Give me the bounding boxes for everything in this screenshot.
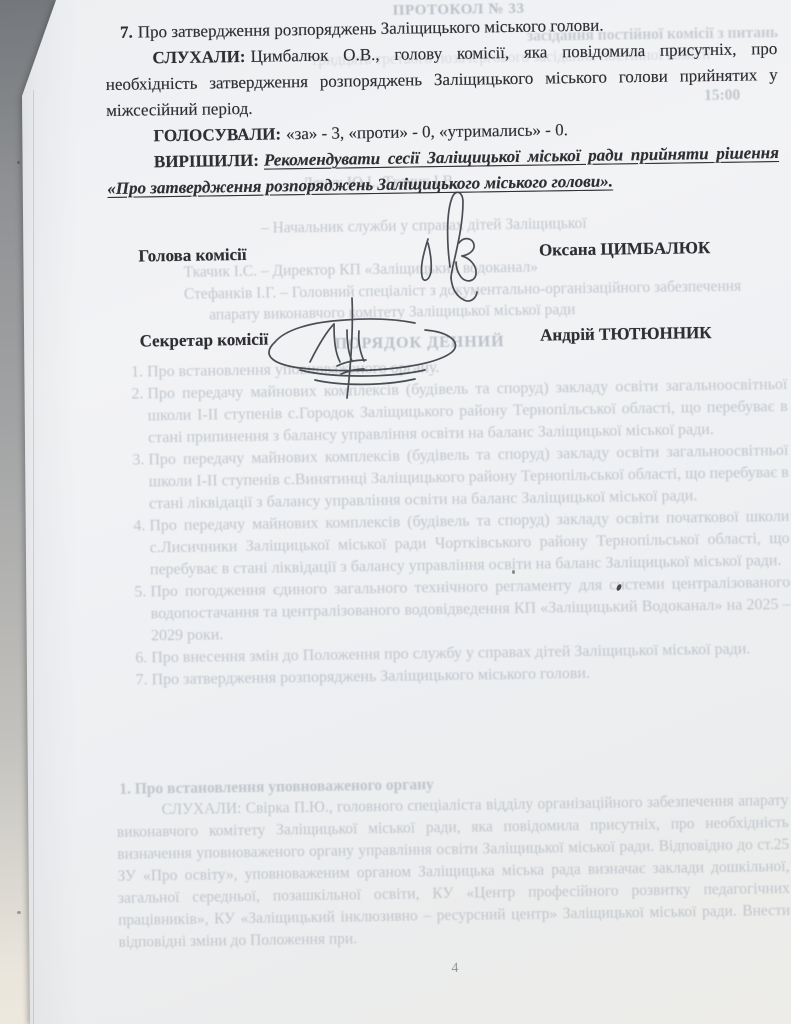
ink-speck <box>512 570 515 574</box>
dust-speck <box>17 161 20 164</box>
signature-cymbaliuk <box>421 192 477 301</box>
paper-sheet: ПРОТОКОЛ № 33 засідання постійної комісі… <box>0 0 791 1024</box>
scanner-background: ПРОТОКОЛ № 33 засідання постійної комісі… <box>0 0 791 1024</box>
handwritten-signatures <box>0 0 791 1024</box>
signature-tiutiunnyk <box>269 298 456 398</box>
dust-speck <box>17 911 21 914</box>
